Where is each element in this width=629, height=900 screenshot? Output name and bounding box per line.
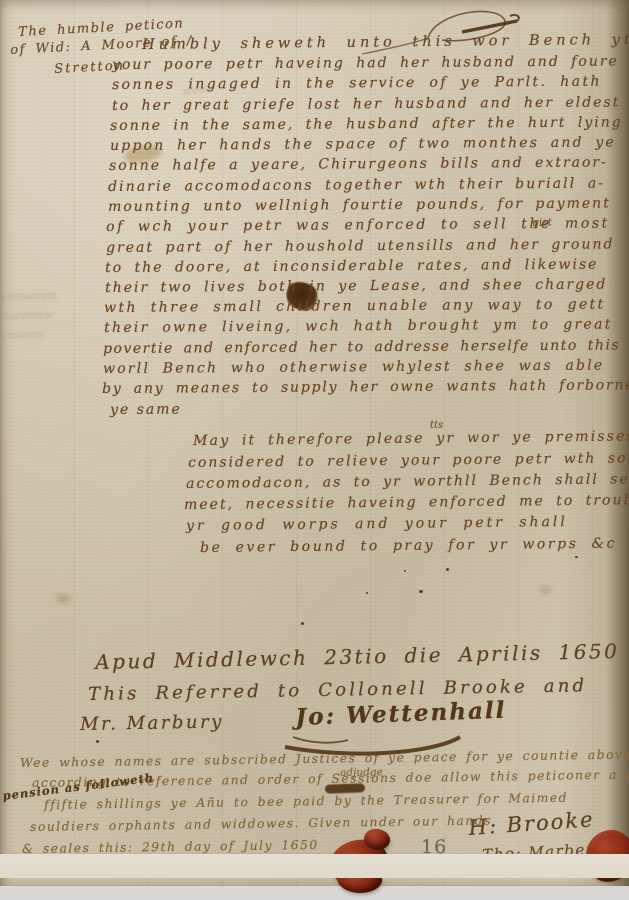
bleedthrough-4: nvw [182, 82, 208, 98]
screenshot-root: { "document": { "kind": "17th-century ma… [0, 0, 629, 900]
signature-jo-wettenhall: Jo: Wettenhall [295, 699, 507, 729]
body-line-15: their owne liveing, wch hath brought ym … [104, 317, 613, 335]
body-line-5: sonne in the same, the husband after the… [110, 115, 623, 133]
order-line-2: This Referred to Collonell Brooke and [88, 677, 587, 704]
prayer-line-4: meet, necessitie haveing enforced me to … [184, 493, 629, 512]
bleedthrough-3: vmwnm [0, 328, 44, 341]
body-line-14: wth three small children unable any way … [104, 297, 606, 315]
award-line-4: souldiers orphants and widdowes. Given u… [30, 815, 492, 834]
body-line-2: your poore petr haveing had her husband … [112, 54, 619, 72]
body-line-18: by any meanes to supply her owne wants h… [102, 378, 629, 396]
award-line-3: ffiftie shillings ye Añu to bee paid by … [44, 792, 568, 812]
body-line-12: to the doore, at inconsiderable rates, a… [105, 258, 598, 275]
body-line-16: povertie and enforced her to addresse he… [103, 338, 620, 356]
signature-h-brooke: H: Brooke [468, 809, 595, 839]
award-line-1: Wee whose names are subscribed Justices … [20, 748, 629, 769]
ink-speck [419, 590, 423, 593]
order-line-3: Mr. Marbury [80, 713, 224, 734]
ink-speck [575, 556, 578, 558]
bleedthrough-1: vmnwnvm [0, 290, 57, 303]
bleedthrough-2: nwvmnw [3, 309, 53, 322]
prayer-line-1: May it therefore please yr wor ye premis… [193, 429, 629, 448]
body-line-1: Humbly sheweth unto this wor Bench yt [142, 33, 629, 53]
ink-speck [446, 568, 449, 571]
prayer-line-6: be ever bound to pray for yr worps &c [200, 537, 617, 555]
body-line-9: mounting unto wellnigh fourtie pounds, f… [108, 196, 611, 214]
deckled-bottom-edge [0, 854, 629, 878]
paper-stain [540, 586, 552, 594]
parchment-page: The humble peticonof Wid: A Moore of /St… [0, 0, 629, 886]
body-line-13: their two lives both in ye Lease, and sh… [105, 277, 607, 295]
body-line-8: dinarie accomodacons together wth their … [108, 177, 605, 194]
body-line-7: sonne halfe a yeare, Chirurgeons bills a… [109, 156, 608, 173]
prayer-line-3: accomodacon, as to yr worthll Bench shal… [186, 472, 629, 491]
paper-stain [56, 594, 70, 603]
body-line-6: uppon her hands the space of two monthes… [110, 135, 616, 153]
body-line-19: ye same [110, 402, 182, 417]
ink-speck [404, 570, 406, 572]
body-line-10-insert: gist [532, 217, 552, 228]
body-line-11: great part of her houshold utensills and… [106, 237, 615, 255]
ink-speck [301, 622, 304, 625]
prayer-line-5: yr good worps and your petr shall [186, 515, 568, 533]
prayer-line-2: considered to relieve your poore petr wt… [188, 451, 629, 470]
order-line-1: Apud Middlewch 23tio die Aprilis 1650 [95, 641, 620, 672]
ink-speck [366, 592, 368, 594]
ink-speck [96, 740, 99, 743]
body-line-17: worll Bench who otherwise whylest shee w… [103, 359, 604, 376]
